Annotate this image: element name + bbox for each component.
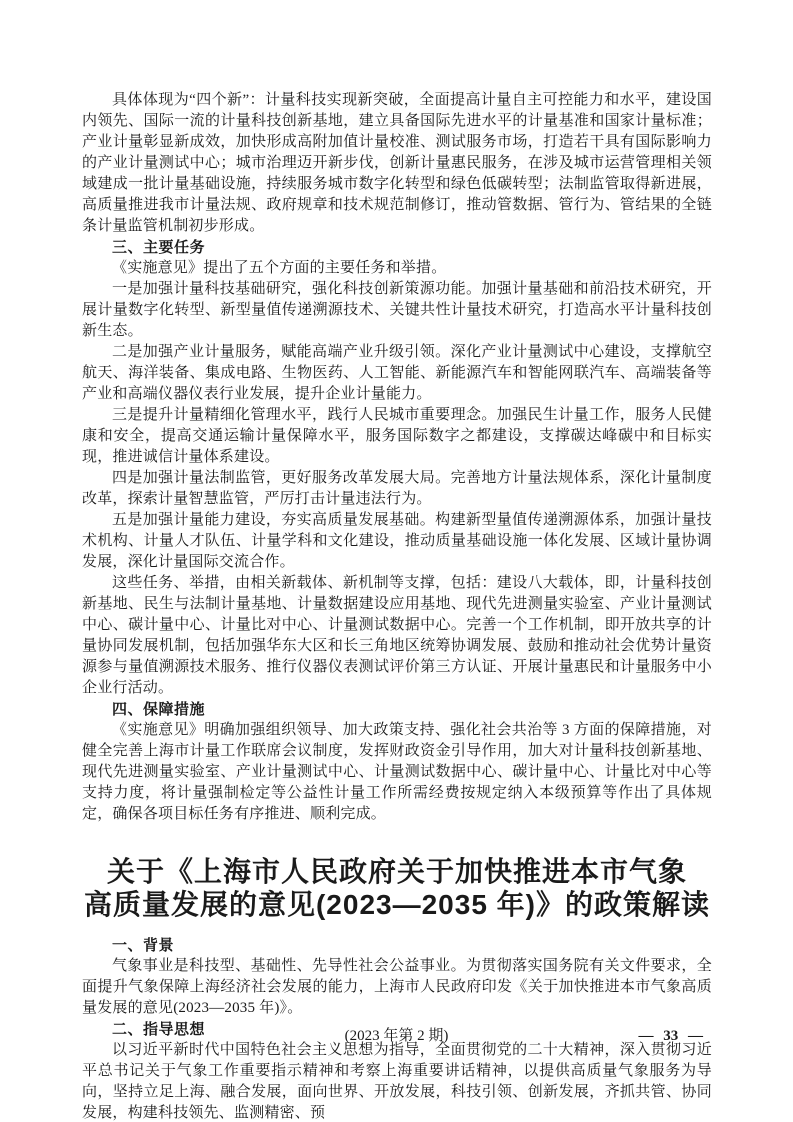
section-heading-main-tasks: 三、主要任务 [82, 237, 712, 258]
page-footer: (2023 年第 2 期) — 33 — [82, 1026, 711, 1047]
article-title: 关于《上海市人民政府关于加快推进本市气象高质量发展的意见(2023—2035 年… [82, 855, 712, 921]
paragraph: 一是加强计量科技基础研究，强化科技创新策源功能。加强计量基础和前沿技术研究，开展… [82, 279, 712, 342]
paragraph: 五是加强计量能力建设，夯实高质量发展基础。构建新型量值传递溯源体系，加强计量技术… [82, 510, 712, 573]
paragraph: 以习近平新时代中国特色社会主义思想为指导，全面贯彻党的二十大精神，深入贯彻习近平… [82, 1040, 712, 1122]
paragraph: 四是加强计量法制监管，更好服务改革发展大局。完善地方计量法规体系，深化计量制度改… [82, 468, 712, 510]
section-heading-background: 一、背景 [82, 935, 712, 956]
page-content: 具体体现为“四个新”：计量科技实现新突破，全面提高计量自主可控能力和水平，建设国… [82, 90, 712, 1122]
paragraph: 这些任务、举措，由相关新载体、新机制等支撑，包括：建设八大载体，即，计量科技创新… [82, 573, 712, 699]
paragraph: 三是提升计量精细化管理水平，践行人民城市重要理念。加强民生计量工作，服务人民健康… [82, 405, 712, 468]
paragraph: 气象事业是科技型、基础性、先导性社会公益事业。为贯彻落实国务院有关文件要求，全面… [82, 956, 712, 1019]
document-page: 具体体现为“四个新”：计量科技实现新突破，全面提高计量自主可控能力和水平，建设国… [0, 0, 793, 1122]
paragraph: 二是加强产业计量服务，赋能高端产业升级引领。深化产业计量测试中心建设，支撑航空航… [82, 342, 712, 405]
paragraph: 具体体现为“四个新”：计量科技实现新突破，全面提高计量自主可控能力和水平，建设国… [82, 90, 712, 237]
paragraph: 《实施意见》明确加强组织领导、加大政策支持、强化社会共治等 3 方面的保障措施，… [82, 720, 712, 825]
article-title-line2: 高质量发展的意见(2023—2035 年)》的政策解读 [84, 889, 710, 920]
footer-issue: (2023 年第 2 期) [82, 1026, 711, 1047]
article-title-line1: 关于《上海市人民政府关于加快推进本市气象 [107, 856, 687, 887]
section-heading-safeguards: 四、保障措施 [82, 699, 712, 720]
paragraph: 《实施意见》提出了五个方面的主要任务和举措。 [82, 258, 712, 279]
footer-page-number: — 33 — [639, 1026, 704, 1047]
